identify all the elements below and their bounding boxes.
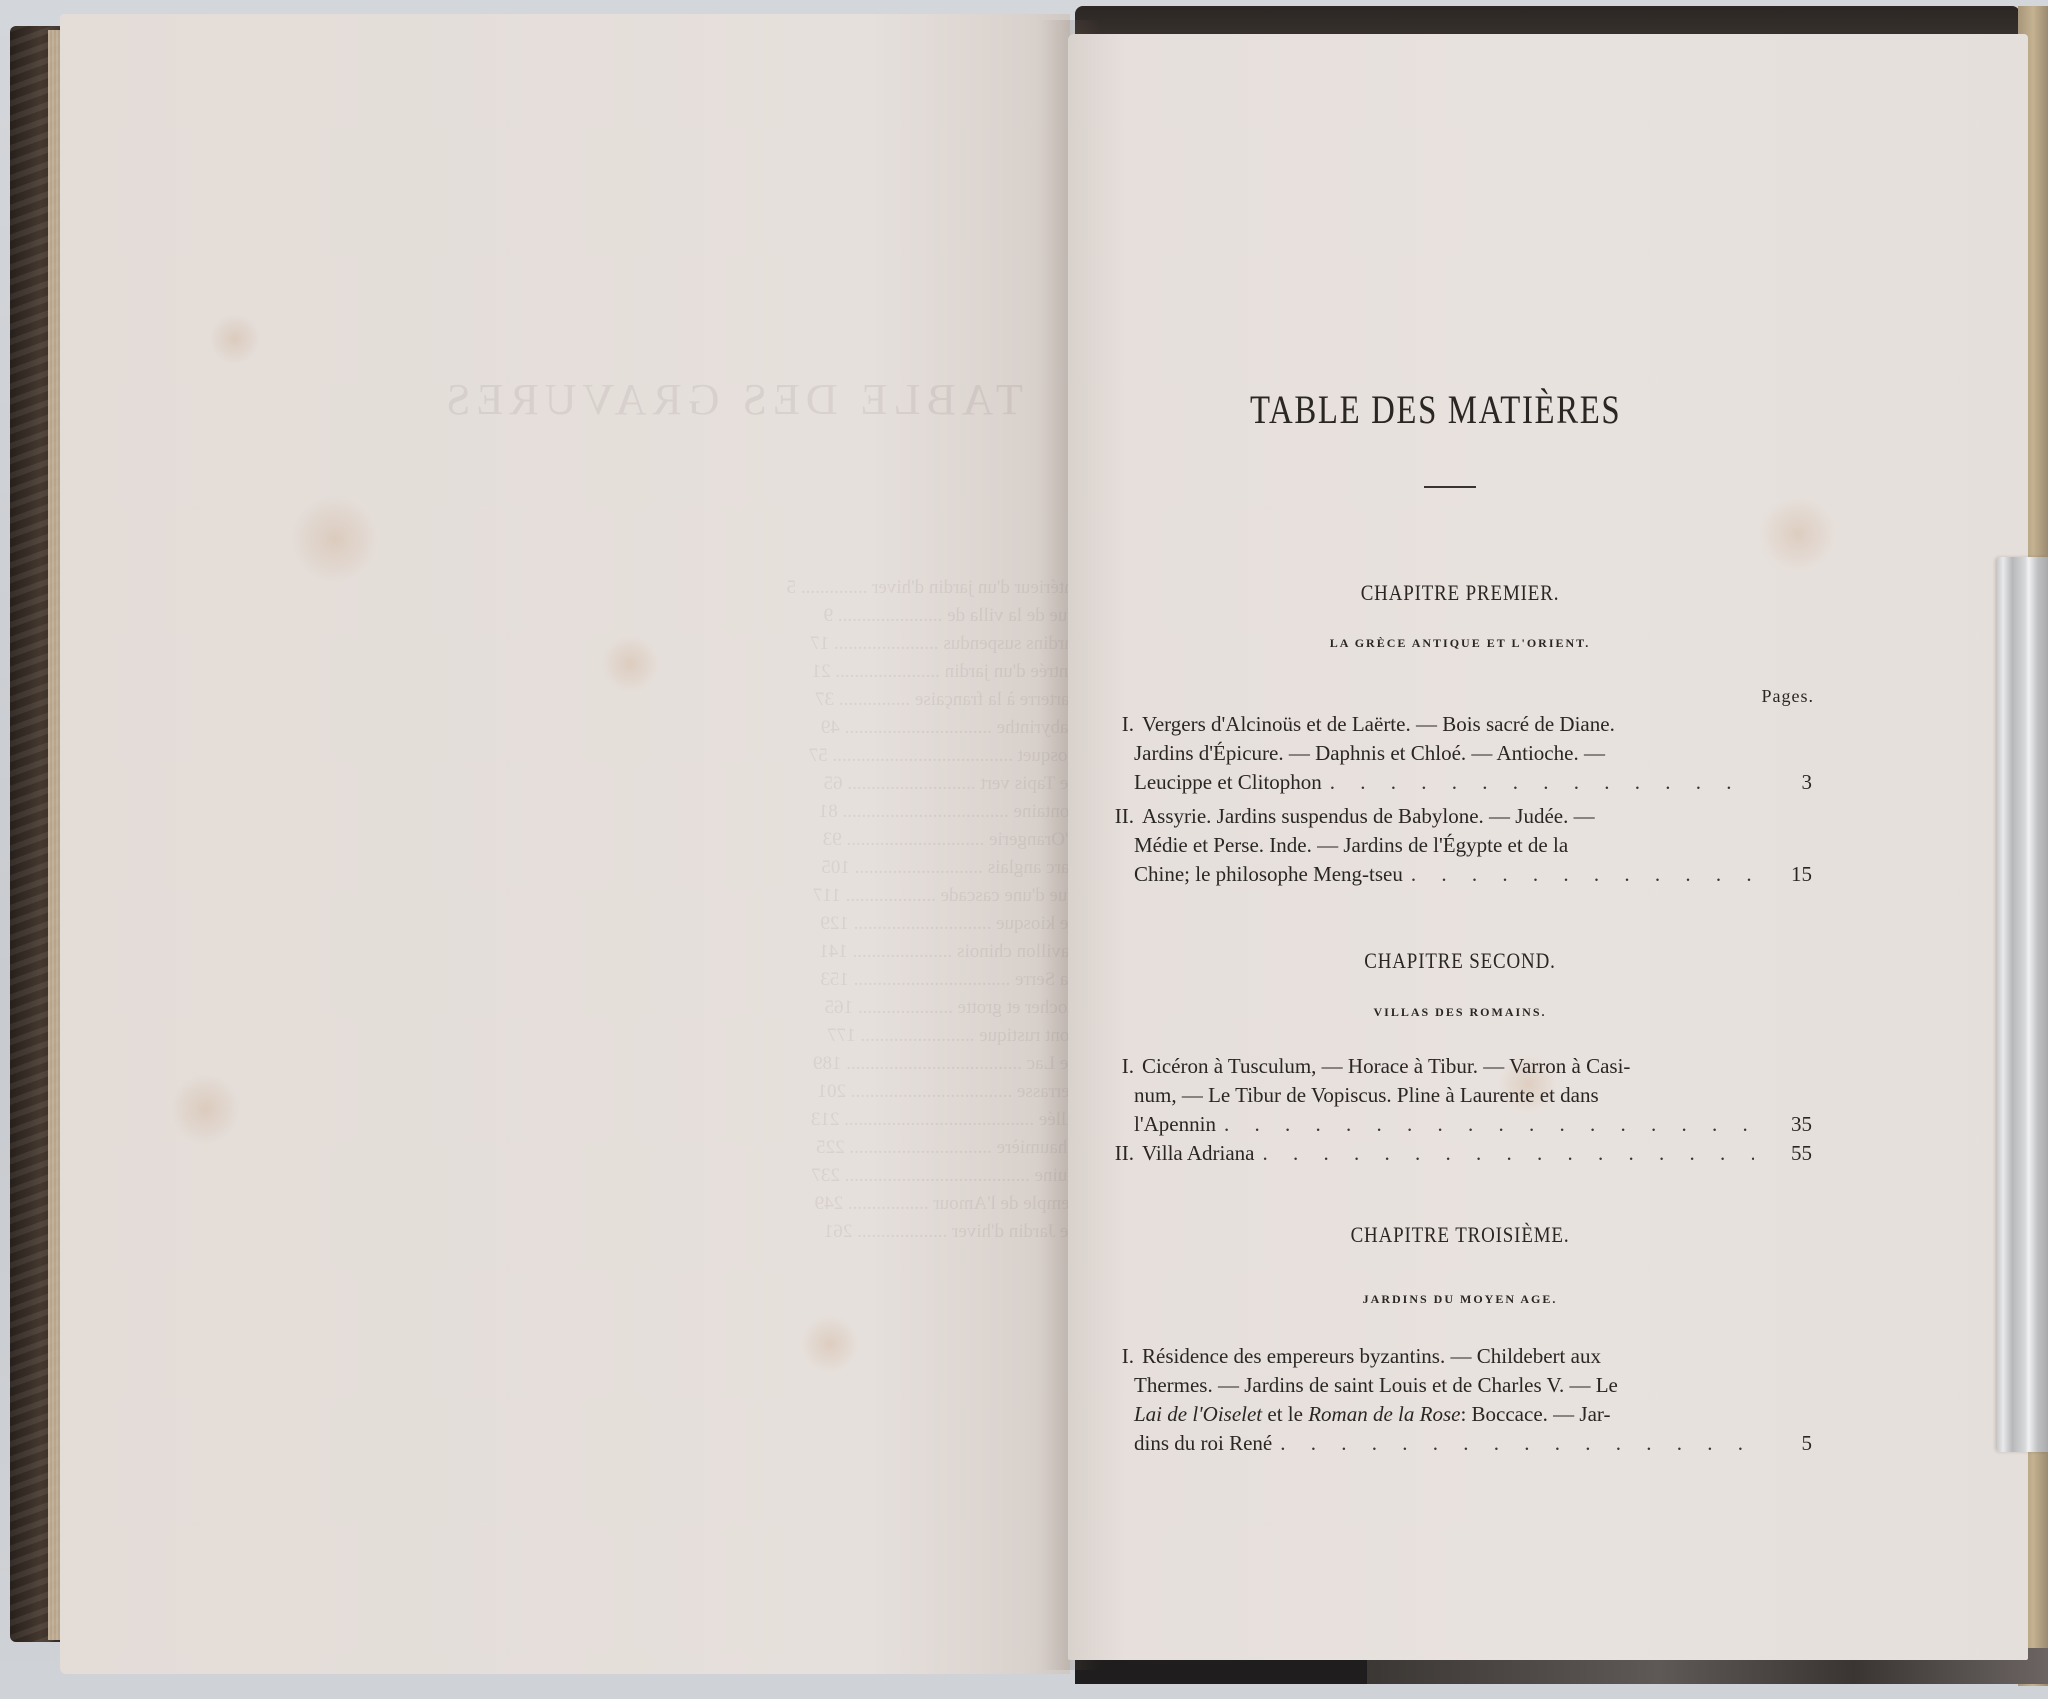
page-number: 55 xyxy=(1772,1139,1812,1168)
italic-title: Roman de la Rose xyxy=(1308,1402,1460,1426)
entry-number: I. xyxy=(1110,1342,1134,1371)
entry-number: II. xyxy=(1110,802,1134,831)
entry-text-line: l'Apennin xyxy=(1134,1110,1216,1139)
chapter-subtitle: VILLAS DES ROMAINS. xyxy=(1110,1005,1810,1020)
entry-text-line: Thermes. — Jardins de saint Louis et de … xyxy=(1134,1373,1618,1397)
leader-dots: . . . . . . . . . . . . . . . . . . . . … xyxy=(1280,1429,1754,1458)
entry-text-line: Chine; le philosophe Meng-tseu xyxy=(1134,860,1403,889)
foxing-spot xyxy=(170,1074,240,1144)
entry-text-joiner: : Boccace. — Jar- xyxy=(1460,1402,1610,1426)
page-number: 5 xyxy=(1772,1429,1812,1458)
foxing-spot xyxy=(800,1314,860,1374)
italic-title: Lai de l'Oiselet xyxy=(1134,1402,1262,1426)
entry-text-line: Leucippe et Clitophon xyxy=(1134,768,1322,797)
bleed-through-title: TABLE DES GRAVURES xyxy=(440,374,1023,425)
entry-text-line: Villa Adriana xyxy=(1142,1141,1254,1165)
entry-text-joiner: et le xyxy=(1262,1402,1308,1426)
entry-number: I. xyxy=(1110,1052,1134,1081)
toc-entry[interactable]: I.Résidence des empereurs byzantins. — C… xyxy=(1110,1342,1812,1458)
foxing-spot xyxy=(210,314,260,364)
chapter-subtitle: JARDINS DU MOYEN AGE. xyxy=(1110,1292,1810,1307)
entry-text-line: Résidence des empereurs byzantins. — Chi… xyxy=(1142,1344,1601,1368)
foxing-spot xyxy=(1758,494,1838,574)
page-number: 35 xyxy=(1772,1110,1812,1139)
entry-text-line: Médie et Perse. Inde. — Jardins de l'Égy… xyxy=(1134,833,1568,857)
toc-entry[interactable]: I.Vergers d'Alcinoüs et de Laërte. — Boi… xyxy=(1110,710,1812,797)
entry-text-line: Cicéron à Tusculum, — Horace à Tibur. — … xyxy=(1142,1054,1630,1078)
metal-page-clip xyxy=(1997,557,2048,1452)
leader-dots: . . . . . . . . . . . . . . . . . . . . … xyxy=(1224,1110,1754,1139)
page-number: 3 xyxy=(1772,768,1812,797)
entry-text-line: Assyrie. Jardins suspendus de Babylone. … xyxy=(1142,804,1595,828)
bleed-through-list: Intérieur d'un jardin d'hiver ..........… xyxy=(380,574,1080,1246)
title-rule xyxy=(1424,486,1476,488)
entry-number: I. xyxy=(1110,710,1134,739)
toc-entry[interactable]: II.Villa Adriana. . . . . . . . . . . . … xyxy=(1110,1139,1812,1168)
entry-text-line: dins du roi René xyxy=(1134,1429,1272,1458)
entry-text-line: num, — Le Tibur de Vopiscus. Pline à Lau… xyxy=(1134,1083,1599,1107)
leader-dots: . . . . . . . . . . . . . . . . . . . . … xyxy=(1411,860,1754,889)
leader-dots: . . . . . . . . . . . . . . . . . . . . … xyxy=(1262,1139,1754,1168)
entry-text-line: Jardins d'Épicure. — Daphnis et Chloé. —… xyxy=(1134,741,1605,765)
page-title: TABLE DES MATIÈRES xyxy=(1250,386,1621,433)
toc-entry[interactable]: I.Cicéron à Tusculum, — Horace à Tibur. … xyxy=(1110,1052,1812,1139)
entry-text-line: Vergers d'Alcinoüs et de Laërte. — Bois … xyxy=(1142,712,1615,736)
foxing-spot xyxy=(600,634,660,694)
chapter-heading: CHAPITRE PREMIER. xyxy=(1159,580,1761,606)
pages-column-label: Pages. xyxy=(1762,686,1815,707)
chapter-heading: CHAPITRE TROISIÈME. xyxy=(1159,1222,1761,1248)
toc-entry[interactable]: II.Assyrie. Jardins suspendus de Babylon… xyxy=(1110,802,1812,889)
chapter-heading: CHAPITRE SECOND. xyxy=(1159,948,1761,974)
page-number: 15 xyxy=(1772,860,1812,889)
leader-dots: . . . . . . . . . . . . . . . . . . . . … xyxy=(1330,768,1754,797)
entry-number: II. xyxy=(1110,1139,1134,1168)
chapter-subtitle: LA GRÈCE ANTIQUE ET L'ORIENT. xyxy=(1110,636,1810,651)
foxing-spot xyxy=(290,494,380,584)
left-page: TABLE DES GRAVURES Intérieur d'un jardin… xyxy=(60,14,1070,1674)
